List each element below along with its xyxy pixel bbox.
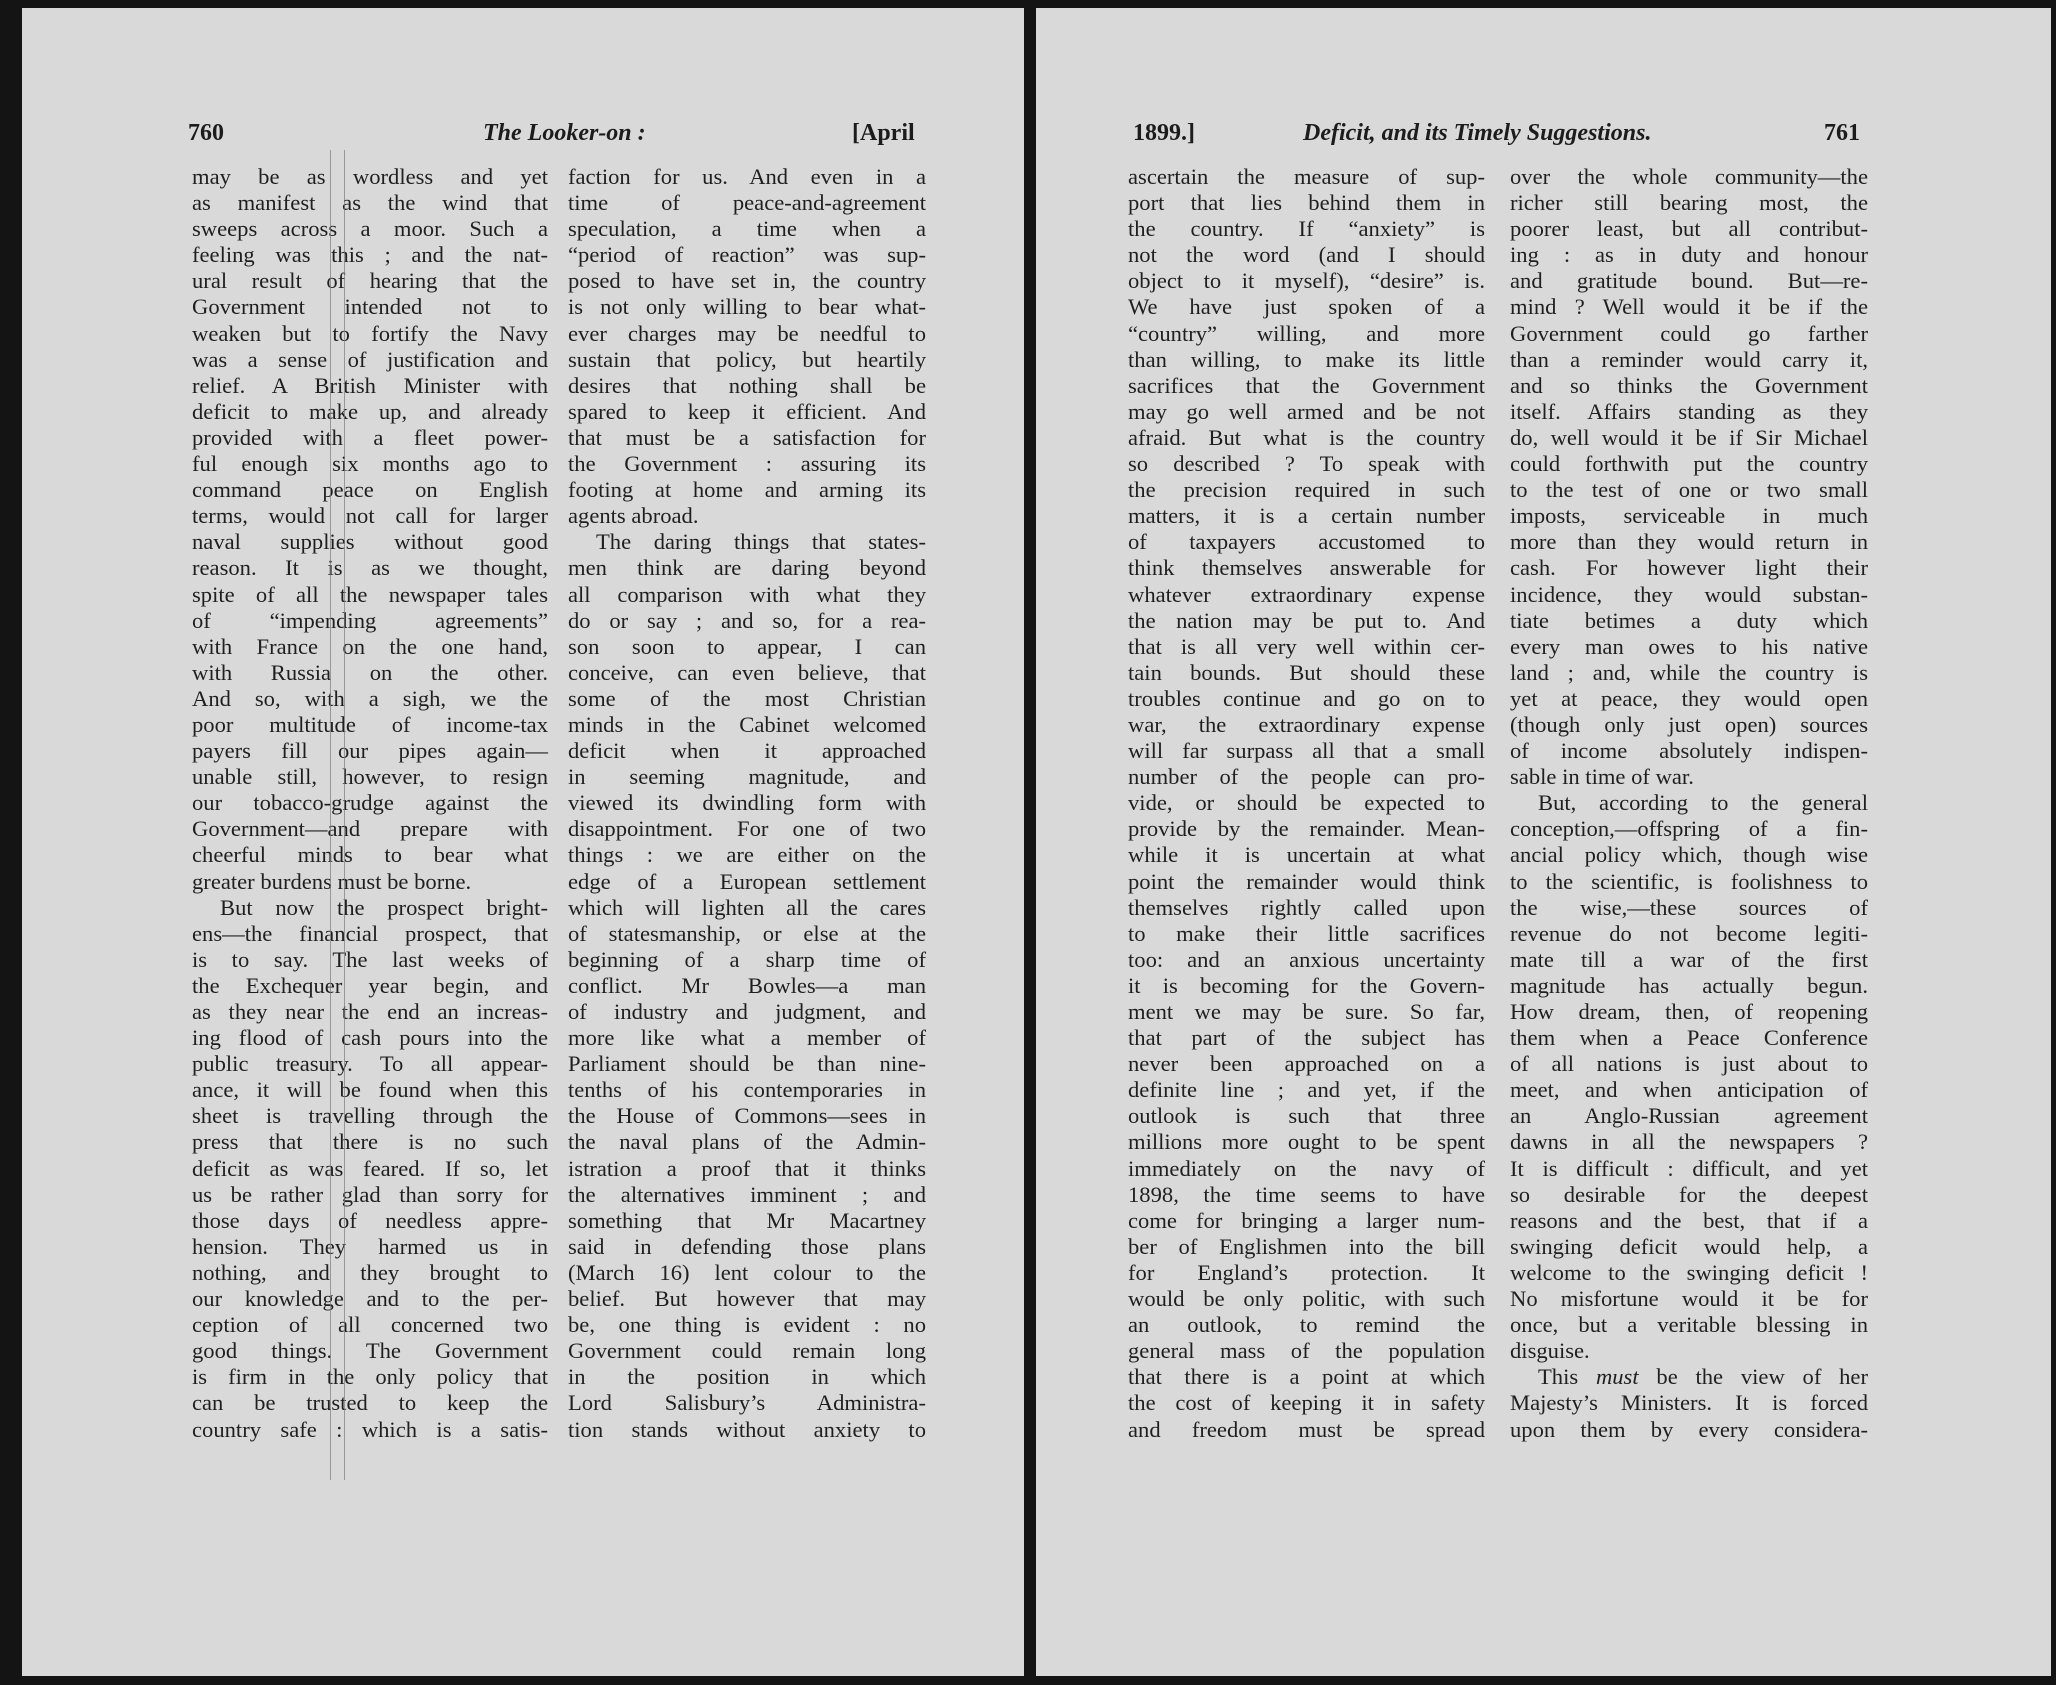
left-page-column-2: faction for us. And even in atime of pea… — [568, 164, 926, 1443]
text-line: which will lighten all the cares — [568, 895, 926, 921]
text-line: sable in time of war. — [1510, 764, 1868, 790]
text-line: spite of all the newspaper tales — [192, 582, 548, 608]
text-line: How dream, then, of reopening — [1510, 999, 1868, 1025]
text-line: ception of all concerned two — [192, 1312, 548, 1338]
text-line: of statesmanship, or else at the — [568, 921, 926, 947]
text-line: imposts, serviceable in much — [1510, 503, 1868, 529]
text-line: Lord Salisbury’s Administra- — [568, 1390, 926, 1416]
text-line: port that lies behind them in — [1128, 190, 1485, 216]
text-line: and freedom must be spread — [1128, 1417, 1485, 1443]
text-line: mate till a war of the first — [1510, 947, 1868, 973]
text-line: Government—and prepare with — [192, 816, 548, 842]
text-line: Government could remain long — [568, 1338, 926, 1364]
text-line: deficit when it approached — [568, 738, 926, 764]
text-line: footing at home and arming its — [568, 477, 926, 503]
text-line: disguise. — [1510, 1338, 1868, 1364]
text-line: We have just spoken of a — [1128, 294, 1485, 320]
text-line: than a reminder would carry it, — [1510, 347, 1868, 373]
text-line: feeling was this ; and the nat- — [192, 242, 548, 268]
text-line: provided with a fleet power- — [192, 425, 548, 451]
text-line: may be as wordless and yet — [192, 164, 548, 190]
text-line: war, the extraordinary expense — [1128, 712, 1485, 738]
text-line: could forthwith put the country — [1510, 451, 1868, 477]
text-line: matters, it is a certain number — [1128, 503, 1485, 529]
text-line: do, well would it be if Sir Michael — [1510, 425, 1868, 451]
text-line: viewed its dwindling form with — [568, 790, 926, 816]
text-line: press that there is no such — [192, 1129, 548, 1155]
text-line: terms, would not call for larger — [192, 503, 548, 529]
left-page-column-1: may be as wordless and yetas manifest as… — [192, 164, 548, 1443]
text-line: may go well armed and be not — [1128, 399, 1485, 425]
text-line: tiate betimes a duty which — [1510, 608, 1868, 634]
text-line: ber of Englishmen into the bill — [1128, 1234, 1485, 1260]
scan-artifact-line — [344, 150, 345, 1480]
text-line: as manifest as the wind that — [192, 190, 548, 216]
text-line: ever charges may be needful to — [568, 321, 926, 347]
text-line: disappointment. For one of two — [568, 816, 926, 842]
text-line: our knowledge and to the per- — [192, 1286, 548, 1312]
text-line: afraid. But what is the country — [1128, 425, 1485, 451]
text-line: weaken but to fortify the Navy — [192, 321, 548, 347]
text-line: conceive, can even believe, that — [568, 660, 926, 686]
text-line: with Russia on the other. — [192, 660, 548, 686]
text-line: reasons and the best, that if a — [1510, 1208, 1868, 1234]
text-line: vide, or should be expected to — [1128, 790, 1485, 816]
left-running-title: The Looker-on : — [483, 118, 646, 148]
text-line: (March 16) lent colour to the — [568, 1260, 926, 1286]
text-line: all comparison with what they — [568, 582, 926, 608]
text-line: be, one thing is evident : no — [568, 1312, 926, 1338]
text-line: object to it myself), “desire” is. — [1128, 268, 1485, 294]
text-line: will far surpass all that a small — [1128, 738, 1485, 764]
text-line: sacrifices that the Government — [1128, 373, 1485, 399]
text-line: the Government : assuring its — [568, 451, 926, 477]
text-line: was a sense of justification and — [192, 347, 548, 373]
right-page-number: 761 — [1824, 118, 1860, 148]
text-line: But now the prospect bright- — [192, 895, 548, 921]
text-line: said in defending those plans — [568, 1234, 926, 1260]
text-line: those days of needless appre- — [192, 1208, 548, 1234]
text-line: country safe : which is a satis- — [192, 1417, 548, 1443]
text-line: not the word (and I should — [1128, 242, 1485, 268]
text-line: never been approached on a — [1128, 1051, 1485, 1077]
scan-artifact-line — [330, 150, 331, 1480]
text-line: ascertain the measure of sup- — [1128, 164, 1485, 190]
text-line: tenths of his contemporaries in — [568, 1077, 926, 1103]
text-line: of taxpayers accustomed to — [1128, 529, 1485, 555]
text-line: men think are daring beyond — [568, 555, 926, 581]
text-line: more than they would return in — [1510, 529, 1868, 555]
text-line: the country. If “anxiety” is — [1128, 216, 1485, 242]
text-line: to the test of one or two small — [1510, 477, 1868, 503]
text-line: come for bringing a larger num- — [1128, 1208, 1485, 1234]
text-line: meet, and when anticipation of — [1510, 1077, 1868, 1103]
text-line: that is all very well within cer- — [1128, 634, 1485, 660]
text-line: poorer least, but all contribut- — [1510, 216, 1868, 242]
text-line: so desirable for the deepest — [1510, 1182, 1868, 1208]
text-line: of income absolutely indispen- — [1510, 738, 1868, 764]
text-line: ing : as in duty and honour — [1510, 242, 1868, 268]
text-line: tion stands without anxiety to — [568, 1417, 926, 1443]
emphasized-word: must — [1596, 1364, 1639, 1389]
left-date-marker: [April — [852, 118, 915, 148]
text-line: ural result of hearing that the — [192, 268, 548, 294]
text-line: conflict. Mr Bowles—a man — [568, 973, 926, 999]
text-line: faction for us. And even in a — [568, 164, 926, 190]
text-line: command peace on English — [192, 477, 548, 503]
text-line: revenue do not become legiti- — [1510, 921, 1868, 947]
text-line: But, according to the general — [1510, 790, 1868, 816]
text-line: the cost of keeping it in safety — [1128, 1390, 1485, 1416]
text-line: so described ? To speak with — [1128, 451, 1485, 477]
text-line: ance, it will be found when this — [192, 1077, 548, 1103]
text-line: an Anglo-Russian agreement — [1510, 1103, 1868, 1129]
text-line: conception,—offspring of a fin- — [1510, 816, 1868, 842]
text-line: the precision required in such — [1128, 477, 1485, 503]
text-line: speculation, a time when a — [568, 216, 926, 242]
text-line: welcome to the swinging deficit ! — [1510, 1260, 1868, 1286]
text-line: payers fill our pipes again— — [192, 738, 548, 764]
text-line: mind ? Well would it be if the — [1510, 294, 1868, 320]
text-line: land ; and, while the country is — [1510, 660, 1868, 686]
text-line: our tobacco-grudge against the — [192, 790, 548, 816]
text-line: to the scientific, is foolishness to — [1510, 869, 1868, 895]
right-page-column-1: ascertain the measure of sup-port that l… — [1128, 164, 1485, 1443]
text-line: nothing, and they brought to — [192, 1260, 548, 1286]
text-line: the wise,—these sources of — [1510, 895, 1868, 921]
text-line: is to say. The last weeks of — [192, 947, 548, 973]
text-line: point the remainder would think — [1128, 869, 1485, 895]
text-line: number of the people can pro- — [1128, 764, 1485, 790]
text-line: spared to keep it efficient. And — [568, 399, 926, 425]
text-line: is not only willing to bear what- — [568, 294, 926, 320]
text-line: more like what a member of — [568, 1025, 926, 1051]
text-line: things : we are either on the — [568, 842, 926, 868]
text-line: poor multitude of income-tax — [192, 712, 548, 738]
text-line: outlook is such that three — [1128, 1103, 1485, 1129]
text-line: can be trusted to keep the — [192, 1390, 548, 1416]
right-date-marker: 1899.] — [1133, 118, 1195, 148]
text-line: This must be the view of her — [1510, 1364, 1868, 1390]
text-line: an outlook, to remind the — [1128, 1312, 1485, 1338]
text-line: “country” willing, and more — [1128, 321, 1485, 347]
text-line: It is difficult : difficult, and yet — [1510, 1156, 1868, 1182]
text-line: incidence, they would substan- — [1510, 582, 1868, 608]
text-line: as they near the end an increas- — [192, 999, 548, 1025]
text-line: istration a proof that it thinks — [568, 1156, 926, 1182]
text-line: richer still bearing most, the — [1510, 190, 1868, 216]
text-line: Government intended not to — [192, 294, 548, 320]
text-line: think themselves answerable for — [1128, 555, 1485, 581]
text-line: them when a Peace Conference — [1510, 1025, 1868, 1051]
text-line: desires that nothing shall be — [568, 373, 926, 399]
text-line: for England’s protection. It — [1128, 1260, 1485, 1286]
text-line: edge of a European settlement — [568, 869, 926, 895]
text-line: general mass of the population — [1128, 1338, 1485, 1364]
text-line: while it is uncertain at what — [1128, 842, 1485, 868]
text-line: sweeps across a moor. Such a — [192, 216, 548, 242]
text-line: over the whole community—the — [1510, 164, 1868, 190]
text-line: definite line ; and yet, if the — [1128, 1077, 1485, 1103]
text-line: Government could go farther — [1510, 321, 1868, 347]
text-line: provide by the remainder. Mean- — [1128, 816, 1485, 842]
text-line: some of the most Christian — [568, 686, 926, 712]
text-line: The daring things that states- — [568, 529, 926, 555]
text-line: to make their little sacrifices — [1128, 921, 1485, 947]
text-line: millions more ought to be spent — [1128, 1129, 1485, 1155]
text-line: that must be a satisfaction for — [568, 425, 926, 451]
text-line: too: and an anxious uncertainty — [1128, 947, 1485, 973]
text-line: the Exchequer year begin, and — [192, 973, 548, 999]
text-line: in seeming magnitude, and — [568, 764, 926, 790]
text-line: (though only just open) sources — [1510, 712, 1868, 738]
text-line: cheerful minds to bear what — [192, 842, 548, 868]
text-line: whatever extraordinary expense — [1128, 582, 1485, 608]
text-line: the nation may be put to. And — [1128, 608, 1485, 634]
text-line: is firm in the only policy that — [192, 1364, 548, 1390]
text-line: And so, with a sigh, we the — [192, 686, 548, 712]
text-line: naval supplies without good — [192, 529, 548, 555]
text-line: of all nations is just about to — [1510, 1051, 1868, 1077]
text-line: would be only politic, with such — [1128, 1286, 1485, 1312]
text-line: of industry and judgment, and — [568, 999, 926, 1025]
text-line: it is becoming for the Govern- — [1128, 973, 1485, 999]
text-line: upon them by every considera- — [1510, 1417, 1868, 1443]
text-line: deficit to make up, and already — [192, 399, 548, 425]
text-line: that there is a point at which — [1128, 1364, 1485, 1390]
text-line: sustain that policy, but heartily — [568, 347, 926, 373]
text-line: do or say ; and so, for a rea- — [568, 608, 926, 634]
text-line: public treasury. To all appear- — [192, 1051, 548, 1077]
text-line: “period of reaction” was sup- — [568, 242, 926, 268]
text-line: swinging deficit would help, a — [1510, 1234, 1868, 1260]
text-line: good things. The Government — [192, 1338, 548, 1364]
text-line: No misfortune would it be for — [1510, 1286, 1868, 1312]
text-line: time of peace-and-agreement — [568, 190, 926, 216]
text-line: every man owes to his native — [1510, 634, 1868, 660]
text-line: son soon to appear, I can — [568, 634, 926, 660]
text-line: posed to have set in, the country — [568, 268, 926, 294]
text-line: ens—the financial prospect, that — [192, 921, 548, 947]
text-line: us be rather glad than sorry for — [192, 1182, 548, 1208]
text-line: agents abroad. — [568, 503, 926, 529]
text-line: 1898, the time seems to have — [1128, 1182, 1485, 1208]
text-line: the House of Commons—sees in — [568, 1103, 926, 1129]
book-gutter — [1024, 0, 1036, 1685]
text-line: and gratitude bound. But—re- — [1510, 268, 1868, 294]
text-line: ancial policy which, though wise — [1510, 842, 1868, 868]
text-line: in the position in which — [568, 1364, 926, 1390]
text-line: magnitude has actually begun. — [1510, 973, 1868, 999]
text-line: ful enough six months ago to — [192, 451, 548, 477]
text-line: yet at peace, they would open — [1510, 686, 1868, 712]
text-line: minds in the Cabinet welcomed — [568, 712, 926, 738]
text-line: sheet is travelling through the — [192, 1103, 548, 1129]
text-line: troubles continue and go on to — [1128, 686, 1485, 712]
right-running-title: Deficit, and its Timely Suggestions. — [1303, 118, 1651, 148]
text-line: ing flood of cash pours into the — [192, 1025, 548, 1051]
text-line: hension. They harmed us in — [192, 1234, 548, 1260]
text-line: reason. It is as we thought, — [192, 555, 548, 581]
text-line: something that Mr Macartney — [568, 1208, 926, 1234]
text-line: Parliament should be than nine- — [568, 1051, 926, 1077]
text-line: than willing, to make its little — [1128, 347, 1485, 373]
text-line: of “impending agreements” — [192, 608, 548, 634]
text-line: relief. A British Minister with — [192, 373, 548, 399]
text-line: and so thinks the Government — [1510, 373, 1868, 399]
text-line: Majesty’s Ministers. It is forced — [1510, 1390, 1868, 1416]
text-line: belief. But however that may — [568, 1286, 926, 1312]
text-line: immediately on the navy of — [1128, 1156, 1485, 1182]
text-line: deficit as was feared. If so, let — [192, 1156, 548, 1182]
text-line: that part of the subject has — [1128, 1025, 1485, 1051]
text-line: beginning of a sharp time of — [568, 947, 926, 973]
text-line: the alternatives imminent ; and — [568, 1182, 926, 1208]
right-page-column-2: over the whole community—thericher still… — [1510, 164, 1868, 1443]
text-line: themselves rightly called upon — [1128, 895, 1485, 921]
text-line: cash. For however light their — [1510, 555, 1868, 581]
text-line: with France on the one hand, — [192, 634, 548, 660]
text-line: greater burdens must be borne. — [192, 869, 548, 895]
text-line: the naval plans of the Admin- — [568, 1129, 926, 1155]
text-line: ment we may be sure. So far, — [1128, 999, 1485, 1025]
text-line: itself. Affairs standing as they — [1510, 399, 1868, 425]
text-line: dawns in all the newspapers ? — [1510, 1129, 1868, 1155]
text-line: once, but a veritable blessing in — [1510, 1312, 1868, 1338]
text-line: tain bounds. But should these — [1128, 660, 1485, 686]
left-page-number: 760 — [188, 118, 224, 148]
text-line: unable still, however, to resign — [192, 764, 548, 790]
